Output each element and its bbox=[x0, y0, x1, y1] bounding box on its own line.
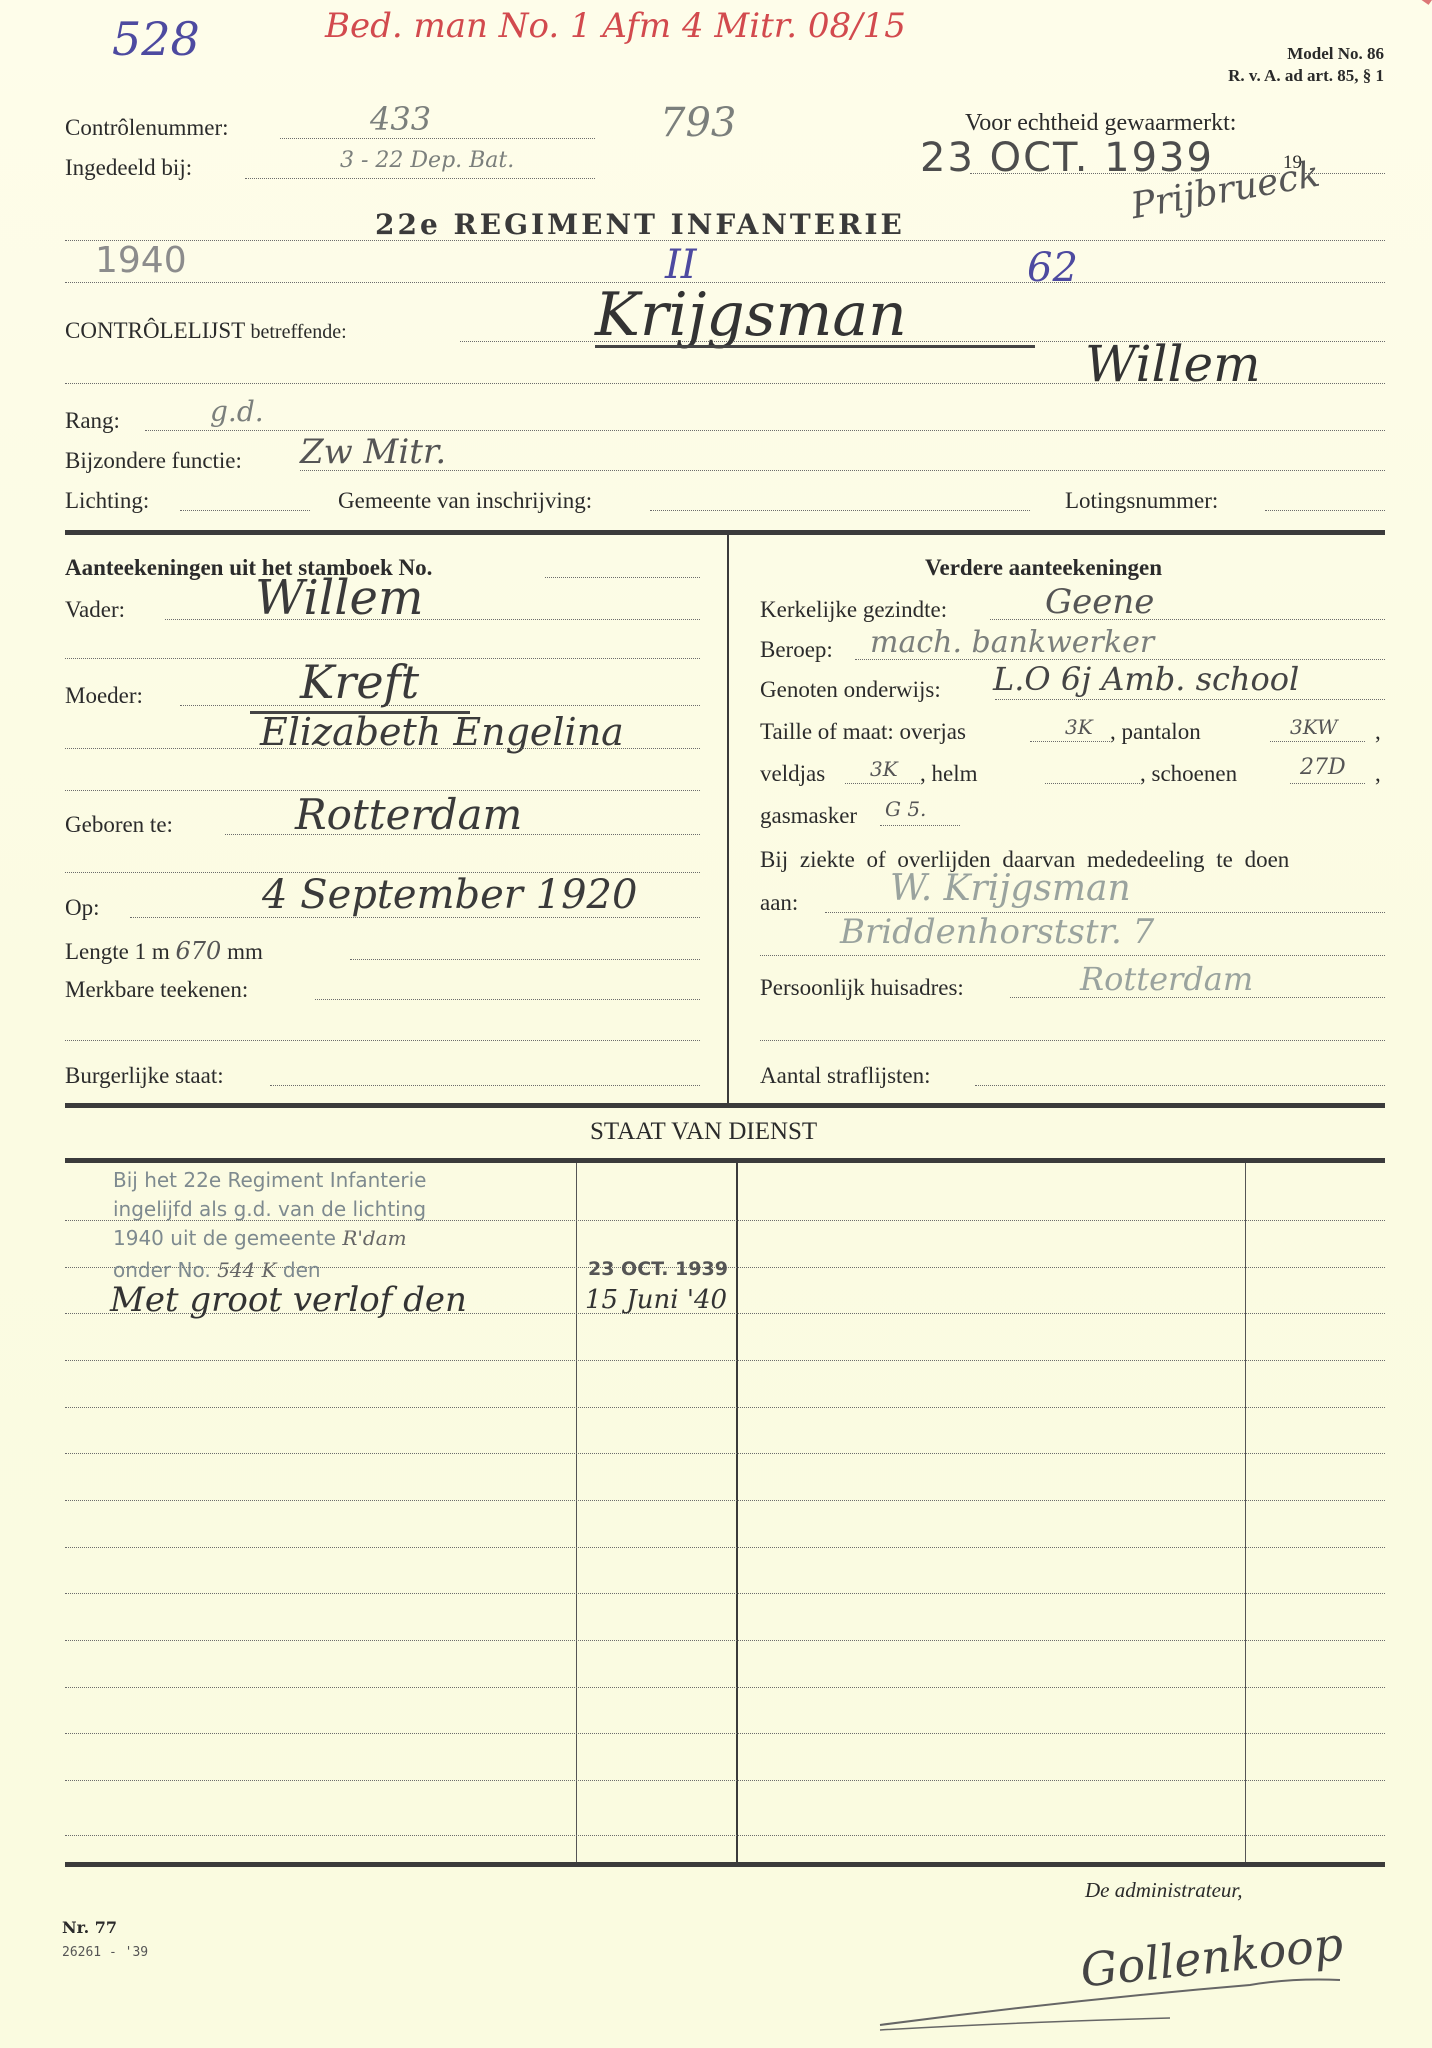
functie-label: Bijzondere functie: bbox=[65, 448, 242, 474]
service-row-line bbox=[65, 1780, 1385, 1781]
comma-2: , bbox=[1375, 761, 1381, 787]
administrateur-label: De administrateur, bbox=[1085, 1878, 1243, 1903]
lengte-unit: mm bbox=[227, 939, 263, 964]
moeder-surname: Kreft bbox=[300, 655, 419, 709]
gemeente-line bbox=[650, 510, 1030, 511]
taille-label: Taille of maat: overjas bbox=[760, 719, 966, 745]
gemeente-label: Gemeente van inschrijving: bbox=[338, 488, 592, 514]
lotingsnummer-label: Lotingsnummer: bbox=[1065, 488, 1218, 514]
moeder-label: Moeder: bbox=[65, 683, 143, 709]
section-rule-top bbox=[65, 530, 1385, 535]
service-col-divider-1 bbox=[576, 1163, 577, 1865]
schoenen-line bbox=[1290, 783, 1365, 784]
burgerlijke-label: Burgerlijke staat: bbox=[65, 1063, 224, 1089]
service-table-rule-bottom bbox=[65, 1862, 1385, 1867]
helm-line bbox=[1045, 783, 1140, 784]
aan-label: aan: bbox=[760, 890, 798, 916]
lengte-value: 670 bbox=[176, 937, 222, 965]
aan-line-2 bbox=[760, 955, 1385, 956]
gasmasker-value: G 5. bbox=[885, 797, 926, 821]
red-annotation: Bed. man No. 1 Afm 4 Mitr. 08/15 bbox=[325, 6, 906, 46]
print-code: 26261 - '39 bbox=[62, 1945, 148, 1960]
regiment-stamp: 22e REGIMENT INFANTERIE bbox=[375, 208, 905, 241]
pantalon-line bbox=[1270, 741, 1365, 742]
veldjas-label: veldjas bbox=[760, 761, 825, 787]
geboren-value: Rotterdam bbox=[295, 790, 522, 839]
ingedeeld-label: Ingedeeld bij: bbox=[65, 155, 192, 181]
section-rule-middle bbox=[65, 1103, 1385, 1108]
service-row-line bbox=[65, 1835, 1385, 1836]
service-row-line bbox=[65, 1687, 1385, 1688]
controlenummer-label: Contrôlenummer: bbox=[65, 115, 229, 141]
verdere-title: Verdere aanteekeningen bbox=[925, 555, 1162, 581]
service-row-line bbox=[65, 1593, 1385, 1594]
service-row-line bbox=[65, 1733, 1385, 1734]
veldjas-value: 3K bbox=[870, 757, 898, 781]
overjas-line bbox=[1030, 741, 1110, 742]
lotingsnummer-line bbox=[1265, 510, 1385, 511]
huisadres-line-2 bbox=[760, 1040, 1385, 1041]
rang-value: g.d. bbox=[210, 395, 264, 428]
form-number: Nr. 77 bbox=[62, 1918, 117, 1937]
op-label: Op: bbox=[65, 895, 100, 921]
schoenen-label: , schoenen bbox=[1140, 761, 1237, 787]
overjas-value: 3K bbox=[1065, 715, 1093, 739]
moeder-line bbox=[180, 705, 700, 706]
service-entry-line-4: onder No. 544 K den bbox=[113, 1258, 321, 1282]
service-entry-line-3: 1940 uit de gemeente R'dam bbox=[113, 1226, 407, 1250]
service-row-line bbox=[65, 1453, 1385, 1454]
lichting-label: Lichting: bbox=[65, 488, 149, 514]
service-entry-2-date: 15 Juni '40 bbox=[585, 1285, 727, 1315]
veldjas-line bbox=[845, 783, 920, 784]
straflijsten-label: Aantal straflijsten: bbox=[760, 1063, 931, 1089]
column-divider bbox=[727, 535, 729, 1105]
service-row-line bbox=[65, 1407, 1385, 1408]
merkbare-line bbox=[315, 999, 700, 1000]
straflijsten-line bbox=[975, 1085, 1385, 1086]
staat-van-dienst-title: STAAT VAN DIENST bbox=[590, 1118, 817, 1146]
kerkelijke-label: Kerkelijke gezindte: bbox=[760, 597, 947, 623]
authenticated-label: Voor echtheid gewaarmerkt: bbox=[965, 110, 1236, 137]
beroep-label: Beroep: bbox=[760, 637, 833, 663]
service-entry-gemeente-label: uit de gemeente bbox=[170, 1226, 336, 1250]
pantalon-value: 3KW bbox=[1290, 715, 1338, 739]
functie-line bbox=[300, 470, 1385, 471]
controlenummer-line bbox=[280, 138, 595, 139]
signature-flourish bbox=[870, 1960, 1370, 2040]
vader-label: Vader: bbox=[65, 597, 125, 623]
ingedeeld-line bbox=[245, 178, 595, 179]
gasmasker-line bbox=[880, 825, 960, 826]
moeder-line-2 bbox=[65, 748, 700, 749]
aan-address: Briddenhorststr. 7 bbox=[840, 912, 1154, 952]
controlenummer-value: 433 bbox=[370, 100, 431, 138]
name-line-2 bbox=[65, 383, 1385, 384]
onderwijs-line bbox=[995, 699, 1385, 700]
huisadres-label: Persoonlijk huisadres: bbox=[760, 975, 964, 1001]
onderwijs-label: Genoten onderwijs: bbox=[760, 677, 941, 703]
service-entry-line-2: ingelijfd als g.d. van de lichting bbox=[113, 1197, 426, 1221]
given-name: Willem bbox=[1085, 335, 1261, 393]
year-stamp: 1940 bbox=[95, 240, 187, 281]
vader-line bbox=[165, 619, 700, 620]
gasmasker-label: gasmasker bbox=[760, 803, 857, 829]
service-entry-no-label: onder No. bbox=[113, 1258, 211, 1282]
service-table-rule-top bbox=[65, 1158, 1385, 1163]
functie-value: Zw Mitr. bbox=[300, 432, 446, 472]
service-col-divider-2 bbox=[736, 1163, 738, 1865]
controlelijst-label: CONTRÔLELIJST betreffende: bbox=[65, 318, 347, 344]
burgerlijke-line bbox=[270, 1085, 700, 1086]
lengte-line bbox=[350, 959, 700, 960]
regulation-reference: R. v. A. ad art. 85, § 1 bbox=[1228, 66, 1384, 86]
service-row-line bbox=[65, 1547, 1385, 1548]
authenticated-date-stamp: 23 OCT. 1939 bbox=[920, 135, 1214, 181]
vader-value: Willem bbox=[255, 570, 423, 626]
op-value: 4 September 1920 bbox=[262, 872, 637, 918]
comma-1: , bbox=[1375, 719, 1381, 745]
helm-label: , helm bbox=[920, 761, 978, 787]
huisadres-value: Rotterdam bbox=[1080, 960, 1253, 998]
service-entry-gemeente: R'dam bbox=[342, 1226, 406, 1250]
file-number: 528 bbox=[112, 12, 200, 66]
lengte-prefix: Lengte 1 m bbox=[65, 939, 170, 964]
model-number: Model No. 86 bbox=[1287, 44, 1384, 64]
service-entry-year: 1940 bbox=[113, 1226, 164, 1250]
side-number: 793 bbox=[660, 100, 736, 146]
surname-underline bbox=[595, 345, 1035, 348]
geboren-label: Geboren te: bbox=[65, 812, 173, 838]
lichting-line bbox=[180, 510, 310, 511]
blue-number: 62 bbox=[1027, 245, 1078, 291]
merkbare-line-2 bbox=[65, 1040, 700, 1041]
beroep-value: mach. bankwerker bbox=[870, 625, 1154, 660]
red-corner-mark bbox=[1396, 0, 1432, 5]
service-entry-den: den bbox=[283, 1258, 321, 1282]
onderwijs-value: L.O 6j Amb. school bbox=[993, 660, 1299, 698]
service-entry-2-text: Met groot verlof den bbox=[110, 1280, 467, 1320]
ingedeeld-value: 3 - 22 Dep. Bat. bbox=[340, 148, 514, 173]
lengte-label: Lengte 1 m 670 mm bbox=[65, 937, 263, 965]
schoenen-value: 27D bbox=[1300, 755, 1346, 780]
service-row-line bbox=[65, 1500, 1385, 1501]
service-row-line bbox=[65, 1640, 1385, 1641]
aan-value: W. Krijgsman bbox=[890, 868, 1131, 909]
service-entry-number: 544 K bbox=[217, 1258, 276, 1282]
surname: Krijgsman bbox=[595, 280, 907, 350]
service-row-line bbox=[65, 1360, 1385, 1361]
service-entry-date-stamp: 23 OCT. 1939 bbox=[588, 1258, 728, 1280]
merkbare-label: Merkbare teekenen: bbox=[65, 977, 248, 1003]
betreffende-label: betreffende: bbox=[251, 321, 347, 343]
pantalon-label: , pantalon bbox=[1110, 719, 1201, 745]
service-entry-line-1: Bij het 22e Regiment Infanterie bbox=[113, 1168, 426, 1192]
rang-label: Rang: bbox=[65, 408, 120, 434]
controlelijst-title: CONTRÔLELIJST bbox=[65, 318, 245, 343]
rang-line bbox=[145, 430, 1385, 431]
document-page: 528 Bed. man No. 1 Afm 4 Mitr. 08/15 Mod… bbox=[0, 0, 1432, 2048]
stamboek-line bbox=[545, 577, 700, 578]
kerkelijke-value: Geene bbox=[1045, 582, 1154, 622]
service-col-divider-3 bbox=[1245, 1163, 1246, 1865]
